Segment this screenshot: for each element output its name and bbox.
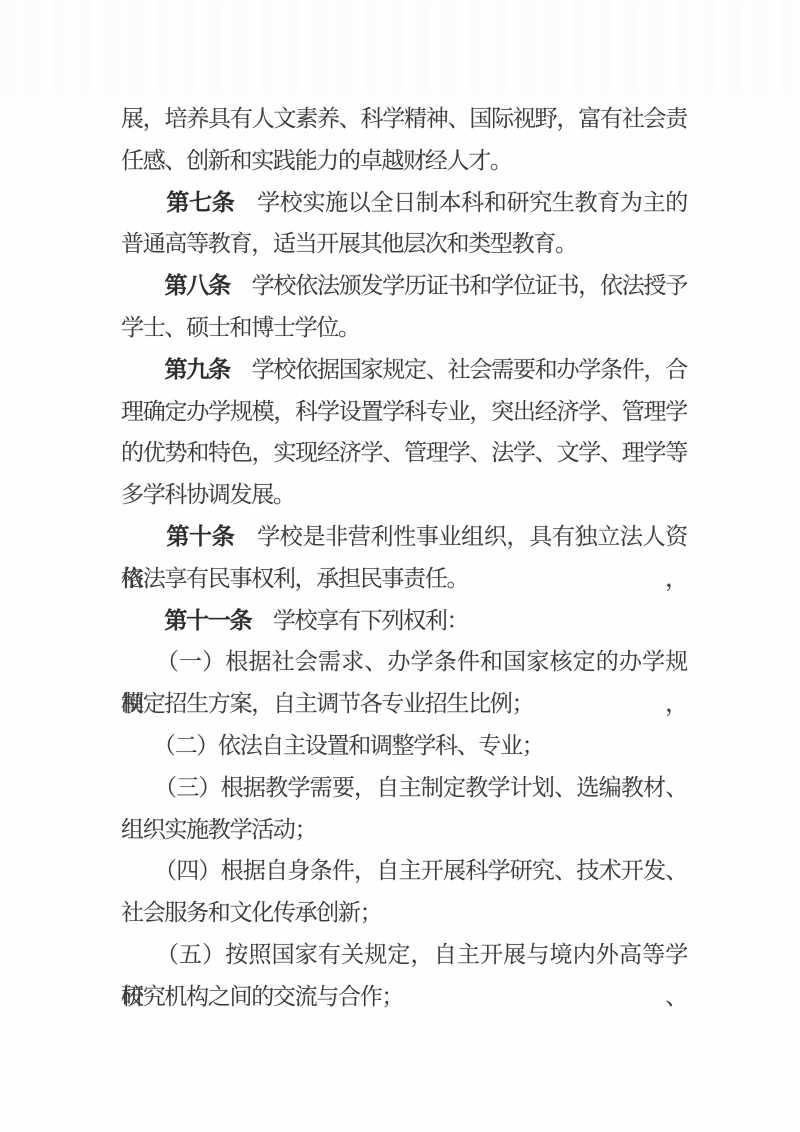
article-number-heading: 第七条 [166, 190, 234, 215]
document-body: 展，培养具有人文素养、科学精神、国际视野，富有社会责任感、创新和实践能力的卓越财… [121, 98, 687, 1018]
text-run: 社会服务和文化传承创新； [121, 900, 381, 925]
text-run: （三）根据教学需要，自主制定教学计划、选编教材、 [121, 775, 687, 800]
text-line: （三）根据教学需要，自主制定教学计划、选编教材、 [121, 767, 687, 809]
text-line: 社会服务和文化传承创新； [121, 892, 687, 934]
text-run: 依法享有民事权利，承担民事责任。 [121, 566, 468, 591]
text-line: 第九条 学校依据国家规定、社会需要和办学条件，合 [121, 349, 687, 391]
text-line: 第十条 学校是非营利性事业组织，具有独立法人资格， [121, 516, 687, 558]
text-run: 研究机构之间的交流与合作； [121, 984, 403, 1009]
text-run: 多学科协调发展。 [121, 482, 295, 507]
text-run [121, 524, 166, 549]
article-number-heading: 第十条 [166, 524, 234, 549]
text-run: （二）依法自主设置和调整学科、专业； [121, 733, 544, 758]
text-line: 第七条 学校实施以全日制本科和研究生教育为主的 [121, 182, 687, 224]
text-run [121, 273, 165, 298]
text-run: 学校依法颁发学历证书和学位证书，依法授予 [230, 273, 687, 298]
text-run: 普通高等教育，适当开展其他层次和类型教育。 [121, 231, 577, 256]
text-line: 多学科协调发展。 [121, 474, 687, 516]
scan-bleed-artifact [0, 0, 800, 95]
text-run [121, 608, 164, 633]
scanned-document-page: 展，培养具有人文素养、科学精神、国际视野，富有社会责任感、创新和实践能力的卓越财… [0, 0, 800, 1132]
text-line: 任感、创新和实践能力的卓越财经人才。 [121, 140, 687, 182]
text-line: 第八条 学校依法颁发学历证书和学位证书，依法授予 [121, 265, 687, 307]
text-run: 学校依据国家规定、社会需要和办学条件，合 [230, 357, 687, 382]
text-run: 组织实施教学活动； [121, 817, 316, 842]
text-run: 制定招生方案，自主调节各专业招生比例； [121, 691, 533, 716]
text-line: （一）根据社会需求、办学条件和国家核定的办学规模， [121, 641, 687, 683]
text-run: 展，培养具有人文素养、科学精神、国际视野，富有社会责 [121, 106, 687, 131]
text-run: 学校享有下列权利： [251, 608, 468, 633]
text-line: 的优势和特色，实现经济学、管理学、法学、文学、理学等 [121, 432, 687, 474]
text-line: （二）依法自主设置和调整学科、专业； [121, 725, 687, 767]
article-number-heading: 第九条 [165, 357, 230, 382]
text-run: （四）根据自身条件，自主开展科学研究、技术开发、 [121, 858, 687, 883]
article-number-heading: 第十一条 [164, 608, 251, 633]
text-run: 任感、创新和实践能力的卓越财经人才。 [121, 148, 512, 173]
text-line: （五）按照国家有关规定，自主开展与境内外高等学校、 [121, 934, 687, 976]
text-run: 学校实施以全日制本科和研究生教育为主的 [234, 190, 687, 215]
text-run [121, 190, 166, 215]
text-line: 普通高等教育，适当开展其他层次和类型教育。 [121, 223, 687, 265]
text-line: 第十一条 学校享有下列权利： [121, 600, 687, 642]
text-line: （四）根据自身条件，自主开展科学研究、技术开发、 [121, 850, 687, 892]
text-line: 理确定办学规模，科学设置学科专业，突出经济学、管理学 [121, 391, 687, 433]
text-run: 理确定办学规模，科学设置学科专业，突出经济学、管理学 [121, 399, 687, 424]
article-number-heading: 第八条 [165, 273, 230, 298]
text-run: 学士、硕士和博士学位。 [121, 315, 360, 340]
text-line: 学士、硕士和博士学位。 [121, 307, 687, 349]
text-line: 组织实施教学活动； [121, 809, 687, 851]
text-run: 的优势和特色，实现经济学、管理学、法学、文学、理学等 [121, 440, 687, 465]
text-line: 展，培养具有人文素养、科学精神、国际视野，富有社会责 [121, 98, 687, 140]
text-run [121, 357, 165, 382]
